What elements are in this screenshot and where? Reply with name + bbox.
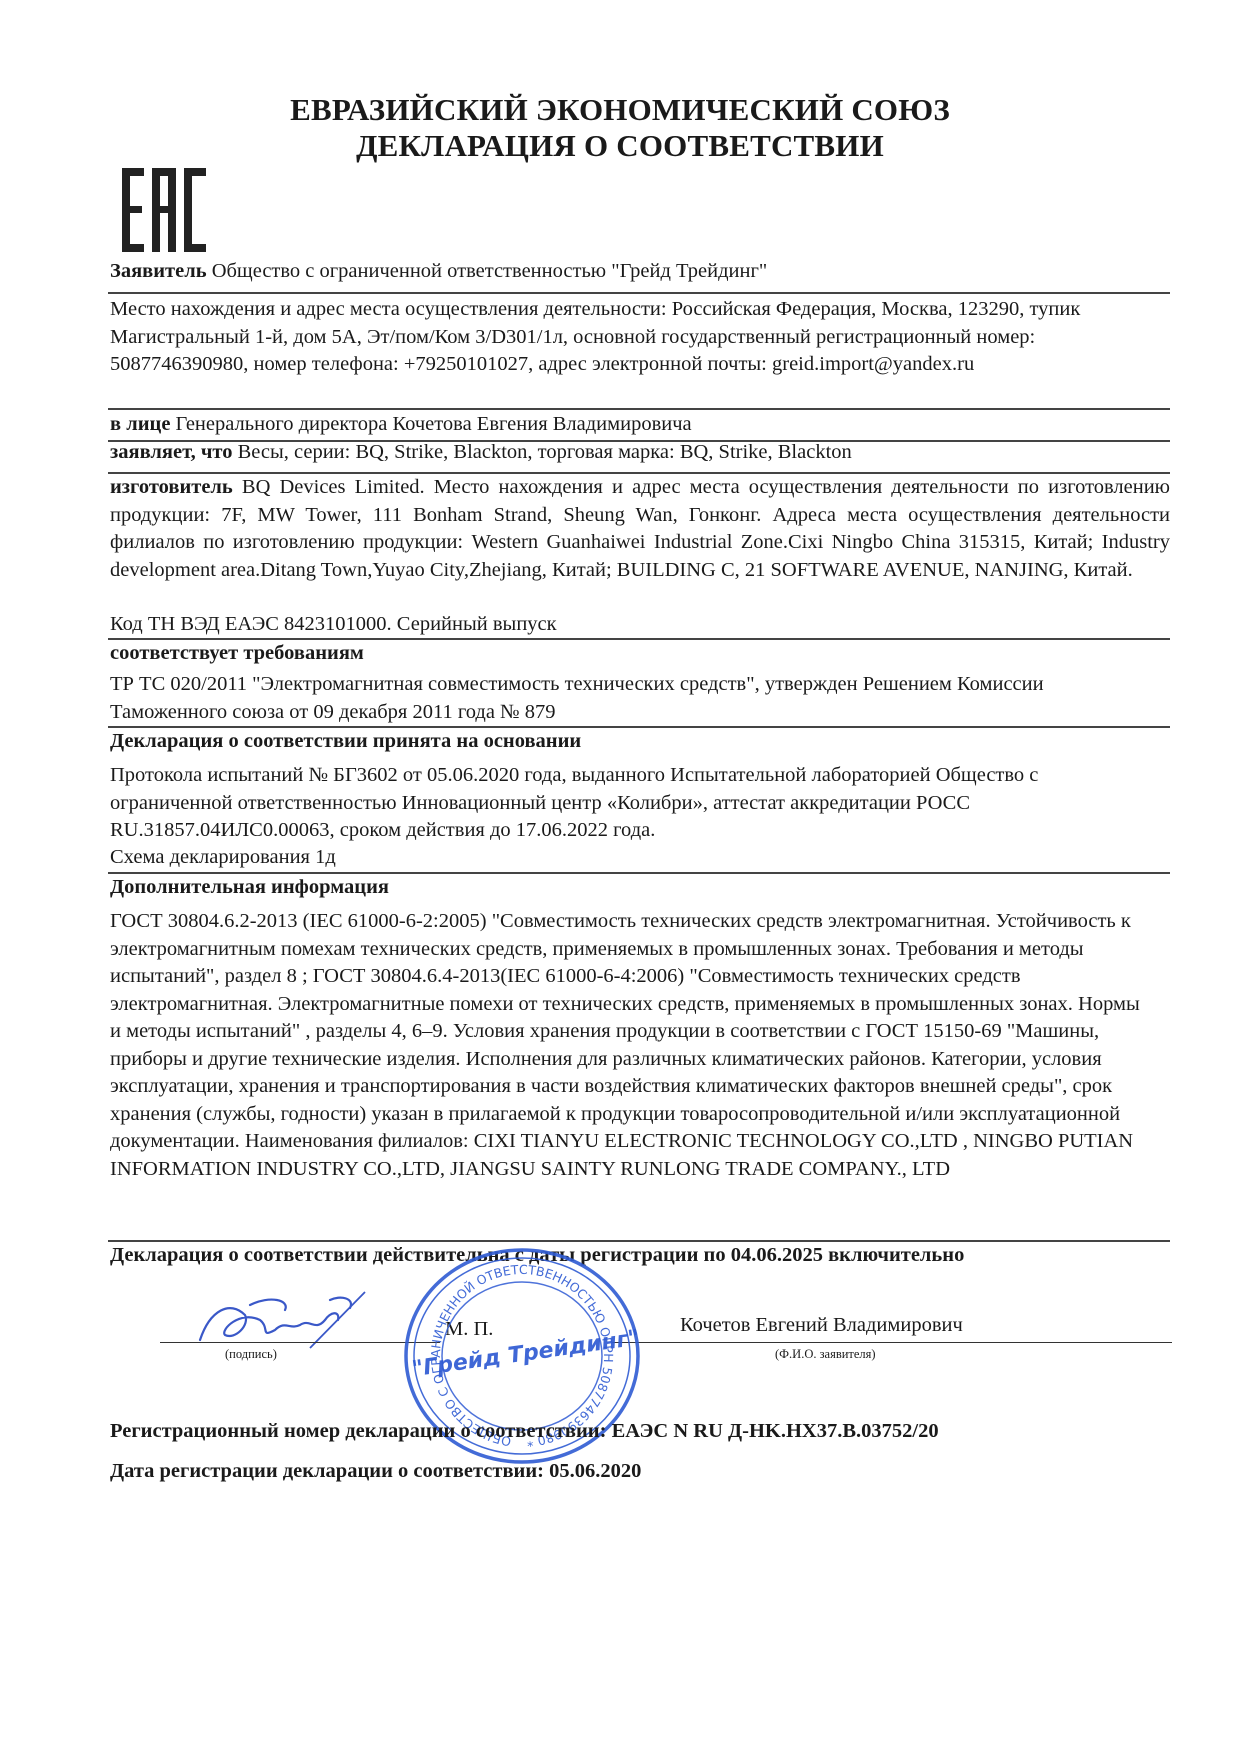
basis-label: Декларация о соответствии принята на осн… xyxy=(110,728,1170,756)
signer-name: Кочетов Евгений Владимирович xyxy=(680,1314,963,1337)
eac-logo-icon xyxy=(122,168,208,252)
divider xyxy=(108,408,1170,410)
complies-label: соответствует требованиям xyxy=(110,640,1170,668)
manufacturer-value: BQ Devices Limited. Место нахождения и а… xyxy=(110,476,1170,581)
basis-value: Протокола испытаний № БГ3602 от 05.06.20… xyxy=(110,762,1070,845)
registration-number-label: Регистрационный номер декларации о соотв… xyxy=(110,1420,606,1442)
signer-caption: (Ф.И.О. заявителя) xyxy=(775,1347,876,1362)
basis-scheme: Схема декларирования 1д xyxy=(110,844,1170,872)
manufacturer-code: Код ТН ВЭД ЕАЭС 8423101000. Серийный вып… xyxy=(110,611,1170,639)
declaration-page: ЕВРАЗИЙСКИЙ ЭКОНОМИЧЕСКИЙ СОЮЗ ДЕКЛАРАЦИ… xyxy=(0,0,1240,1753)
manufacturer-row: изготовитель BQ Devices Limited. Место н… xyxy=(110,474,1170,584)
applicant-label: Заявитель xyxy=(110,260,207,282)
applicant-address: Место нахождения и адрес места осуществл… xyxy=(110,296,1170,379)
signer-line xyxy=(612,1342,1172,1343)
registration-date-value: 05.06.2020 xyxy=(549,1460,641,1482)
signature-caption: (подпись) xyxy=(225,1347,277,1362)
header-document-title: ДЕКЛАРАЦИЯ О СООТВЕТСТВИИ xyxy=(0,128,1240,164)
registration-date-row: Дата регистрации декларации о соответств… xyxy=(110,1460,641,1483)
registration-number-value: ЕАЭС N RU Д-HK.HX37.B.03752/20 xyxy=(612,1420,939,1442)
divider xyxy=(108,292,1170,294)
represented-by-value: Генерального директора Кочетова Евгения … xyxy=(176,413,692,435)
represented-by-row: в лице Генерального директора Кочетова Е… xyxy=(110,411,1170,439)
applicant-row: Заявитель Общество с ограниченной ответс… xyxy=(110,258,1170,286)
manufacturer-label: изготовитель xyxy=(110,476,233,498)
additional-label: Дополнительная информация xyxy=(110,874,1170,902)
represented-by-label: в лице xyxy=(110,413,170,435)
header-union-title: ЕВРАЗИЙСКИЙ ЭКОНОМИЧЕСКИЙ СОЮЗ xyxy=(0,92,1240,128)
declares-value: Весы, серии: BQ, Strike, Blackton, торго… xyxy=(238,441,852,463)
applicant-value: Общество с ограниченной ответственностью… xyxy=(212,260,768,282)
additional-value: ГОСТ 30804.6.2-2013 (IEC 61000-6-2:2005)… xyxy=(110,908,1155,1183)
declares-label: заявляет, что xyxy=(110,441,232,463)
signature-line xyxy=(160,1342,440,1343)
declares-row: заявляет, что Весы, серии: BQ, Strike, B… xyxy=(110,439,1170,467)
registration-date-label: Дата регистрации декларации о соответств… xyxy=(110,1460,544,1482)
registration-number-row: Регистрационный номер декларации о соотв… xyxy=(110,1420,939,1443)
complies-value: ТР ТС 020/2011 "Электромагнитная совмест… xyxy=(110,671,1110,726)
signature-icon xyxy=(190,1290,370,1350)
